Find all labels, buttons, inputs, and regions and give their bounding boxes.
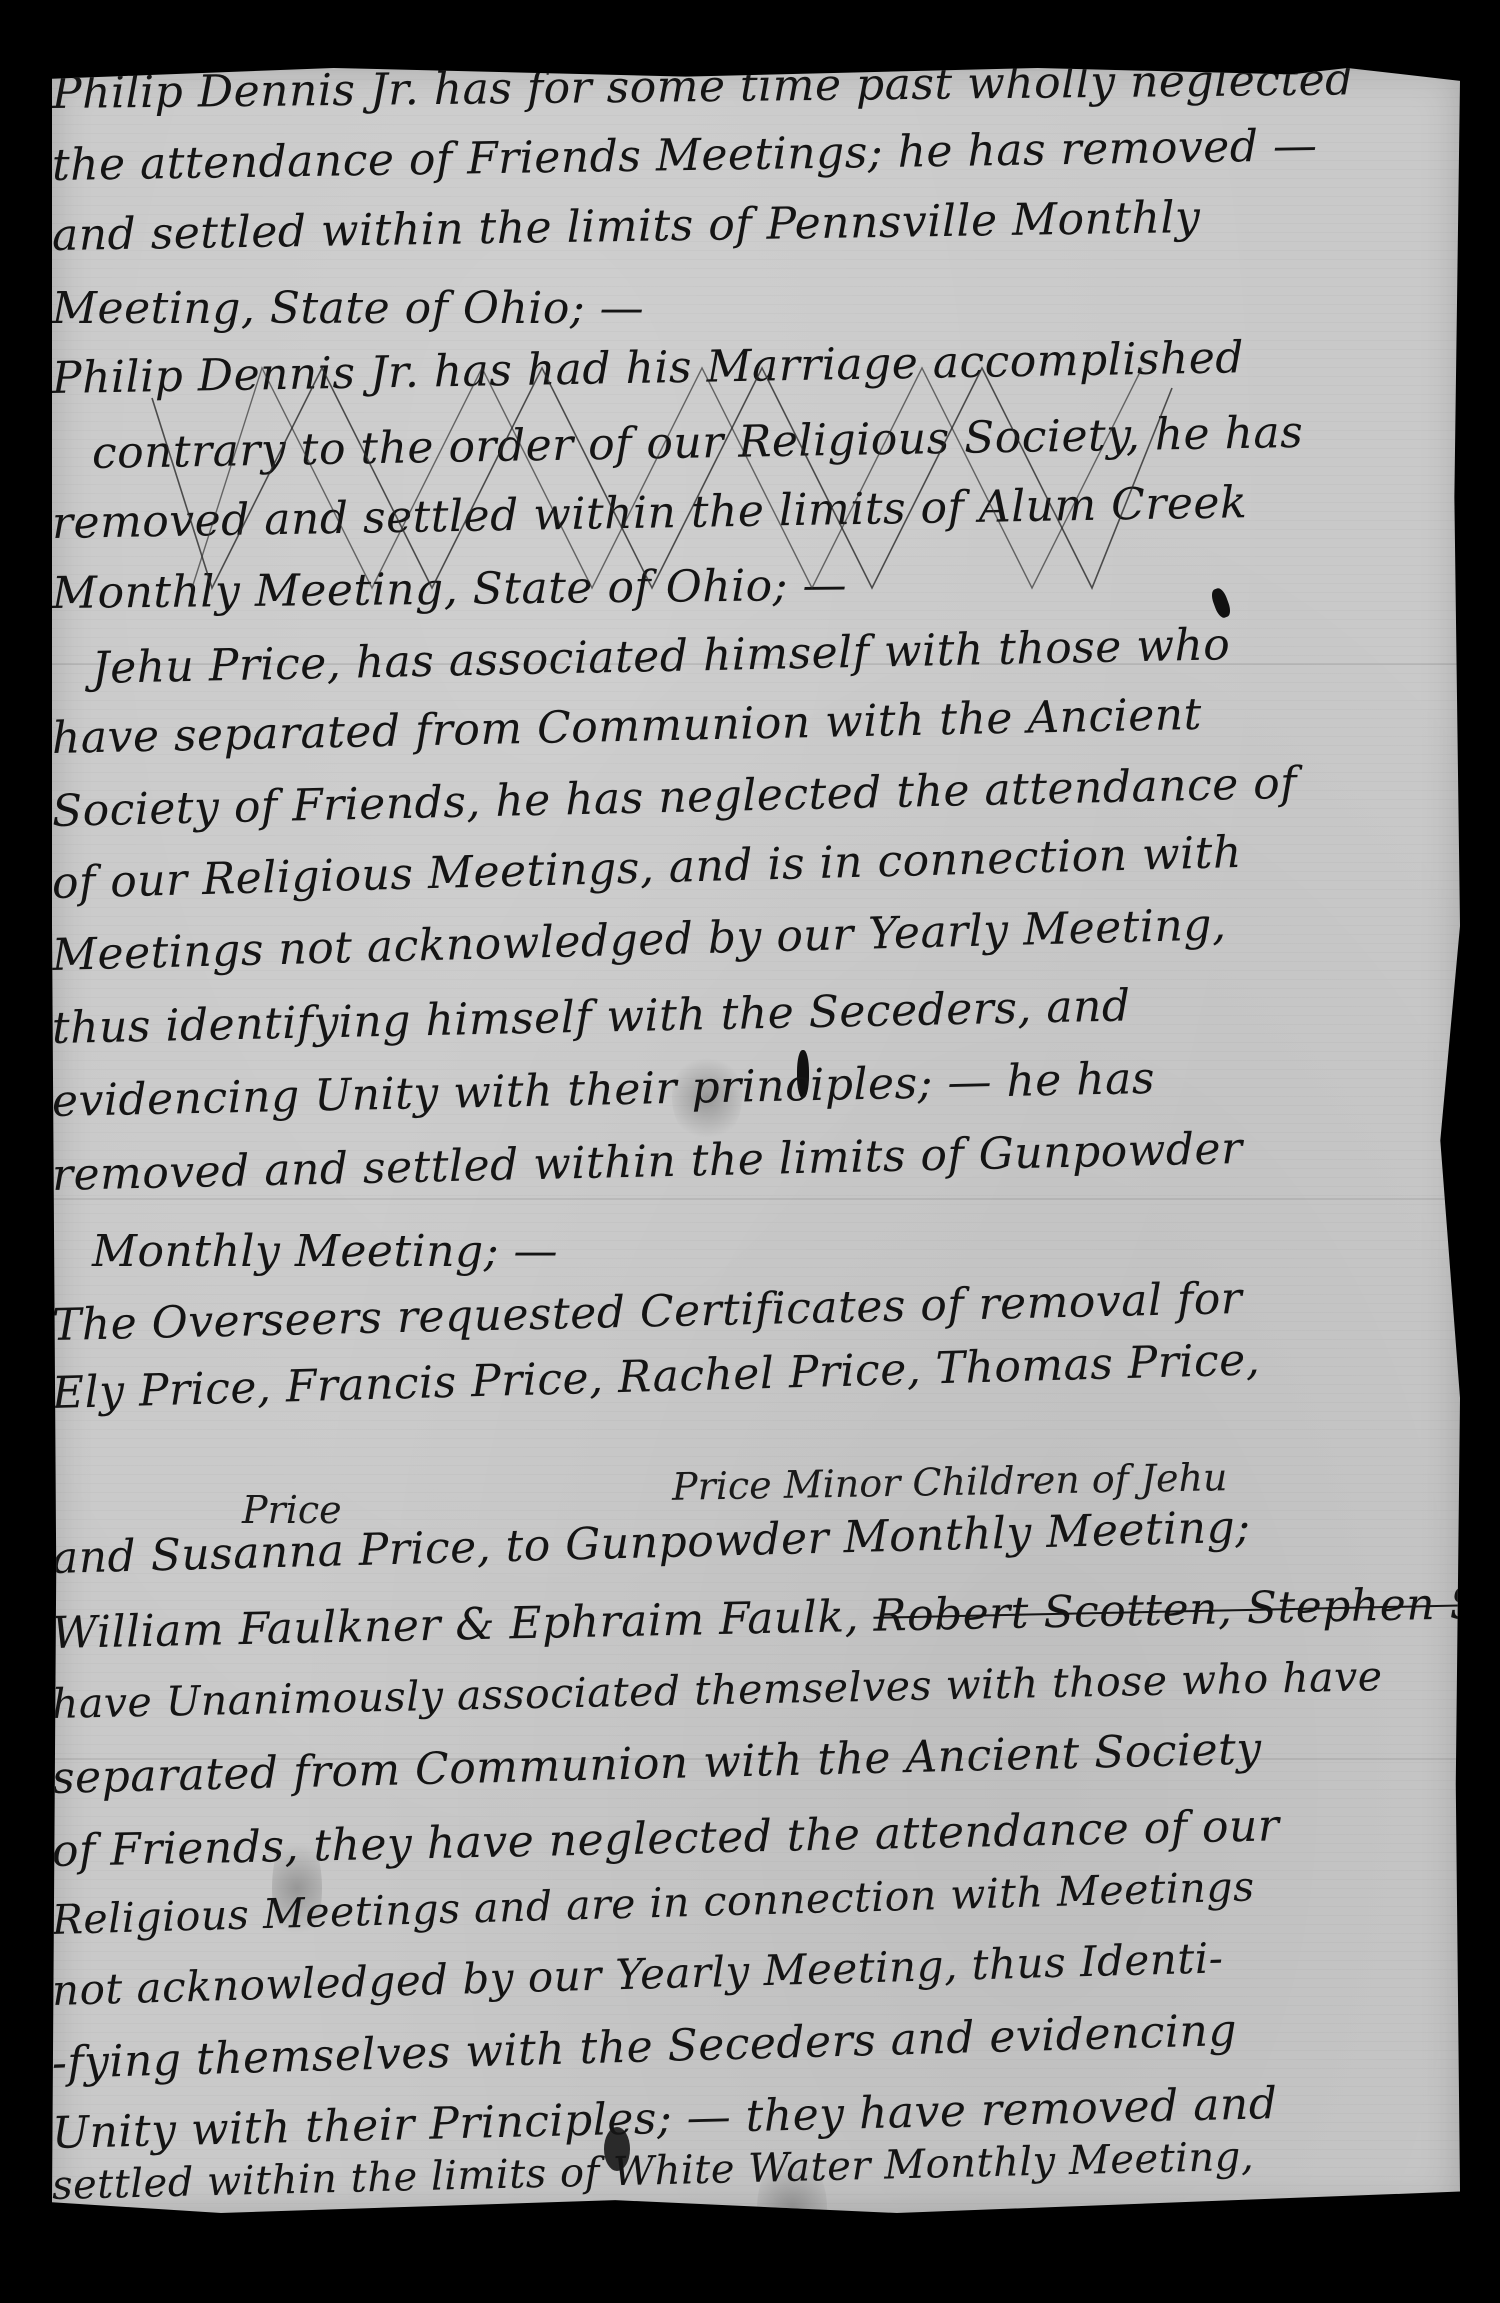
entry-5-line-1: William Faulkner & Ephraim Faulk, Robert… (51, 1575, 1500, 1659)
entry-5-line-10: State of Indiana; — (52, 2215, 492, 2269)
entry-5-line-3: separated from Communion with the Ancien… (51, 1723, 1262, 1804)
entry-5-line-6: not acknowledged by our Yearly Meeting, … (51, 1933, 1224, 2015)
entry-5-names: William Faulkner & Ephraim Faulk, (51, 1591, 859, 1659)
entry-4-line-2: Ely Price, Francis Price, Rachel Price, … (51, 1334, 1261, 1419)
entry-2-line-3: removed and settled within the limits of… (52, 477, 1248, 549)
entry-5-line-4: of Friends, they have neglected the atte… (51, 1800, 1279, 1877)
interlinear-insertion: Price Minor Children of Jehu (672, 1455, 1228, 1509)
entry-3-line-9: Monthly Meeting; — (92, 1226, 558, 1277)
scan-background: Philip Dennis Jr. has for some time past… (0, 0, 1500, 2303)
entry-3-line-5: Meetings not acknowledged by our Yearly … (51, 899, 1227, 981)
entry-2-line-1: Philip Dennis Jr. has had his Marriage a… (52, 332, 1245, 404)
entry-3-line-2: have separated from Communion with the A… (51, 689, 1202, 764)
entry-3-line-3: Society of Friends, he has neglected the… (51, 758, 1297, 837)
entry-1-line-3: and settled within the limits of Pennsvi… (52, 192, 1201, 261)
entry-5-line-2: have Unanimously associated themselves w… (51, 1652, 1382, 1728)
entry-1-line-4: Meeting, State of Ohio; — (52, 283, 644, 334)
entry-2-line-2: contrary to the order of our Religious S… (92, 407, 1304, 479)
entry-5-line-7: -fying themselves with the Seceders and … (51, 2005, 1237, 2089)
entry-2-line-4: Monthly Meeting, State of Ohio; — (52, 560, 847, 619)
ink-blot (1209, 587, 1232, 620)
entry-5-line-5: Religious Meetings and are in connection… (51, 1862, 1255, 1944)
entry-1-line-1: Philip Dennis Jr. has for some time past… (52, 54, 1354, 119)
paper-fold (52, 1198, 1460, 1200)
entry-1-line-2: the attendance of Friends Meetings; he h… (52, 120, 1318, 191)
entry-3-line-6: thus identifying himself with the Secede… (51, 980, 1131, 1054)
struck-out-names: Robert Scotten, Stephen Scotten (873, 1575, 1500, 1642)
entry-3-line-4: of our Religious Meetings, and is in con… (51, 827, 1242, 909)
entry-4-line-3: and Susanna Price, to Gunpowder Monthly … (51, 1502, 1251, 1584)
entry-3-line-8: removed and settled within the limits of… (51, 1123, 1243, 1201)
entry-3-line-7: evidencing Unity with their principles; … (51, 1053, 1155, 1127)
manuscript-page: Philip Dennis Jr. has for some time past… (52, 68, 1460, 2213)
entry-3-line-1: Jehu Price, has associated himself with … (91, 619, 1230, 694)
